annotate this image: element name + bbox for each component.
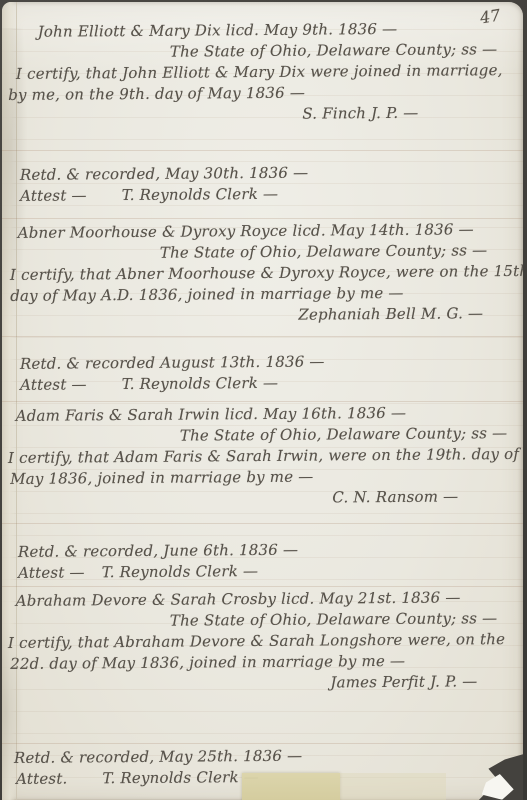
officiant-signature: James Perfit J. P. — [2, 671, 523, 696]
attest-line: Attest — T. Reynolds Clerk — [2, 559, 523, 584]
officiant-signature: Zephaniah Bell M. G. — [2, 303, 523, 328]
attest-label: Attest — [18, 563, 85, 582]
certification-line: I certify, that Abraham Devore & Sarah L… [2, 629, 523, 654]
scanned-ledger-photo: 47 John Elliott & Mary Dix licd. May 9th… [0, 0, 527, 800]
marriage-record: Adam Faris & Sarah Irwin licd. May 16th.… [2, 402, 523, 511]
marriage-record: Abner Moorhouse & Dyroxy Royce licd. May… [2, 219, 523, 328]
attest-label: Attest — [20, 375, 87, 394]
section-divider [2, 336, 523, 337]
clerk-signature: T. Reynolds Clerk — [122, 374, 279, 393]
clerk-signature: T. Reynolds Clerk — [102, 768, 259, 787]
attest-label: Attest — [20, 186, 87, 205]
marriage-record: John Elliott & Mary Dix licd. May 9th. 1… [2, 18, 523, 127]
attest-line: Attest — T. Reynolds Clerk — [2, 371, 523, 396]
repair-tape-patch-faint [340, 773, 446, 800]
certification-line: I certify, that John Elliott & Mary Dix … [2, 60, 523, 85]
officiant-signature: S. Finch J. P. — [2, 102, 523, 127]
return-record: Retd. & recorded August 13th. 1836 — Att… [2, 350, 523, 396]
certification-line: I certify, that Adam Faris & Sarah Irwin… [2, 444, 523, 469]
attest-line: Attest — T. Reynolds Clerk — [2, 182, 523, 207]
clerk-signature: T. Reynolds Clerk — [102, 562, 259, 581]
clerk-signature: T. Reynolds Clerk — [122, 185, 279, 204]
section-divider [2, 150, 523, 151]
return-record: Retd. & recorded, June 6th. 1836 — Attes… [2, 538, 523, 584]
manuscript-page: 47 John Elliott & Mary Dix licd. May 9th… [2, 2, 523, 800]
officiant-signature: C. N. Ransom — [2, 486, 523, 511]
return-record: Retd. & recorded, May 30th. 1836 — Attes… [2, 161, 523, 207]
marriage-record: Abraham Devore & Sarah Crosby licd. May … [2, 587, 523, 696]
certification-line: I certify, that Abner Moorhouse & Dyroxy… [2, 261, 523, 286]
repair-tape-patch [242, 773, 340, 800]
section-divider [2, 523, 523, 524]
attest-label: Attest. [16, 769, 68, 787]
